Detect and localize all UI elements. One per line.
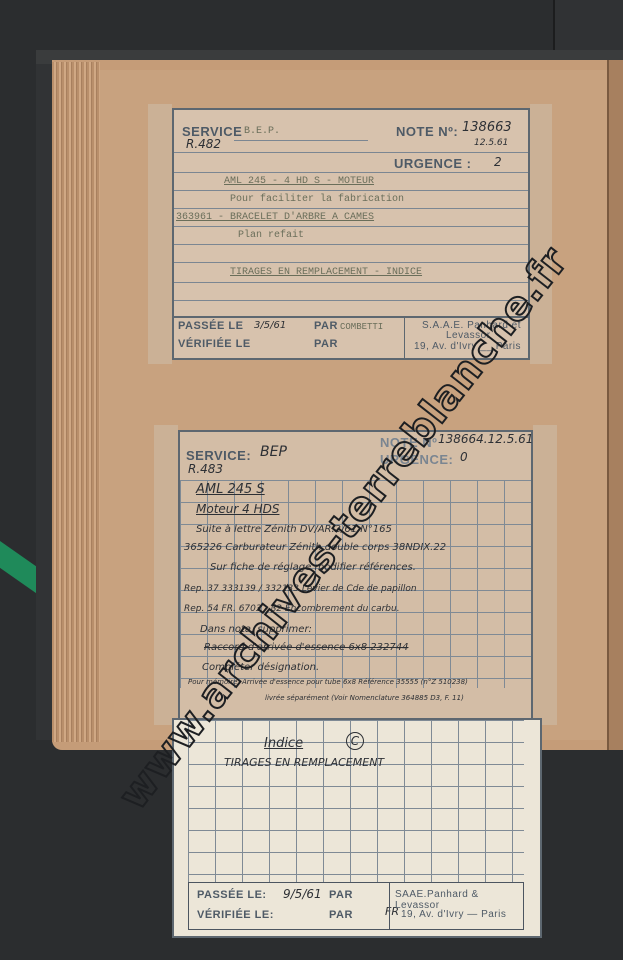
service-ref: R.482	[186, 137, 221, 151]
tape-strip	[533, 425, 557, 725]
line-6: TIRAGES EN REMPLACEMENT - INDICE	[230, 267, 422, 278]
note-label: NOTE Nº:	[396, 124, 458, 139]
book-cover-spine	[36, 50, 53, 740]
verifiee-par-label: PAR	[329, 909, 353, 921]
service-value: B.E.P.	[244, 126, 280, 137]
tape-strip	[530, 104, 552, 364]
indice-label: Indice	[264, 736, 303, 751]
line-1: AML 245 S	[196, 482, 265, 497]
urgence-label: URGENCE :	[394, 156, 471, 171]
tape-strip	[154, 425, 178, 725]
verifiee-par-label: PAR	[314, 338, 338, 350]
indice-value: C	[346, 732, 364, 750]
par-label: PAR	[314, 320, 338, 332]
service-ref: R.483	[188, 462, 223, 476]
par-label: PAR	[329, 889, 353, 901]
line-4: Plan refait	[238, 230, 304, 241]
note-date: 12.5.61	[474, 138, 508, 148]
page-edges	[52, 62, 100, 742]
line-3: 363961 - BRACELET D'ARBRE A CAMES	[176, 212, 374, 223]
service-value: BEP	[260, 444, 287, 460]
line-1: AML 245 - 4 HD S - MOTEUR	[224, 176, 374, 187]
company-line-1: SAAE.Panhard & Levassor	[395, 889, 523, 911]
page-right-edge	[607, 60, 623, 750]
passee-label: PASSÉE LE:	[197, 889, 267, 901]
passee-date: 9/5/61	[283, 887, 322, 901]
service-label: SERVICE:	[186, 448, 251, 463]
note-number: 138663	[462, 120, 512, 135]
company-line-2: 19, Av. d'Ivry — Paris	[401, 909, 506, 920]
tape-strip	[148, 104, 172, 364]
tirages-text: TIRAGES EN REMPLACEMENT	[224, 756, 384, 769]
urgence-value: 2	[494, 155, 502, 169]
passee-label: PASSÉE LE	[178, 320, 243, 332]
passee-date: 3/5/61	[254, 320, 286, 331]
verifiee-label: VÉRIFIÉE LE:	[197, 909, 274, 921]
line-2: Pour faciliter la fabrication	[230, 194, 404, 205]
line-12: livrée séparément (Voir Nomenclature 364…	[265, 694, 464, 702]
indice-card: Indice C TIRAGES EN REMPLACEMENT PASSÉE …	[172, 718, 542, 938]
urgence-value: 0	[460, 450, 468, 464]
passee-by: COMBETTI	[340, 322, 383, 332]
line-2: Moteur 4 HDS	[196, 502, 279, 516]
verifiee-label: VÉRIFIÉE LE	[178, 338, 251, 350]
note-number: 138664.12.5.61	[438, 432, 533, 446]
